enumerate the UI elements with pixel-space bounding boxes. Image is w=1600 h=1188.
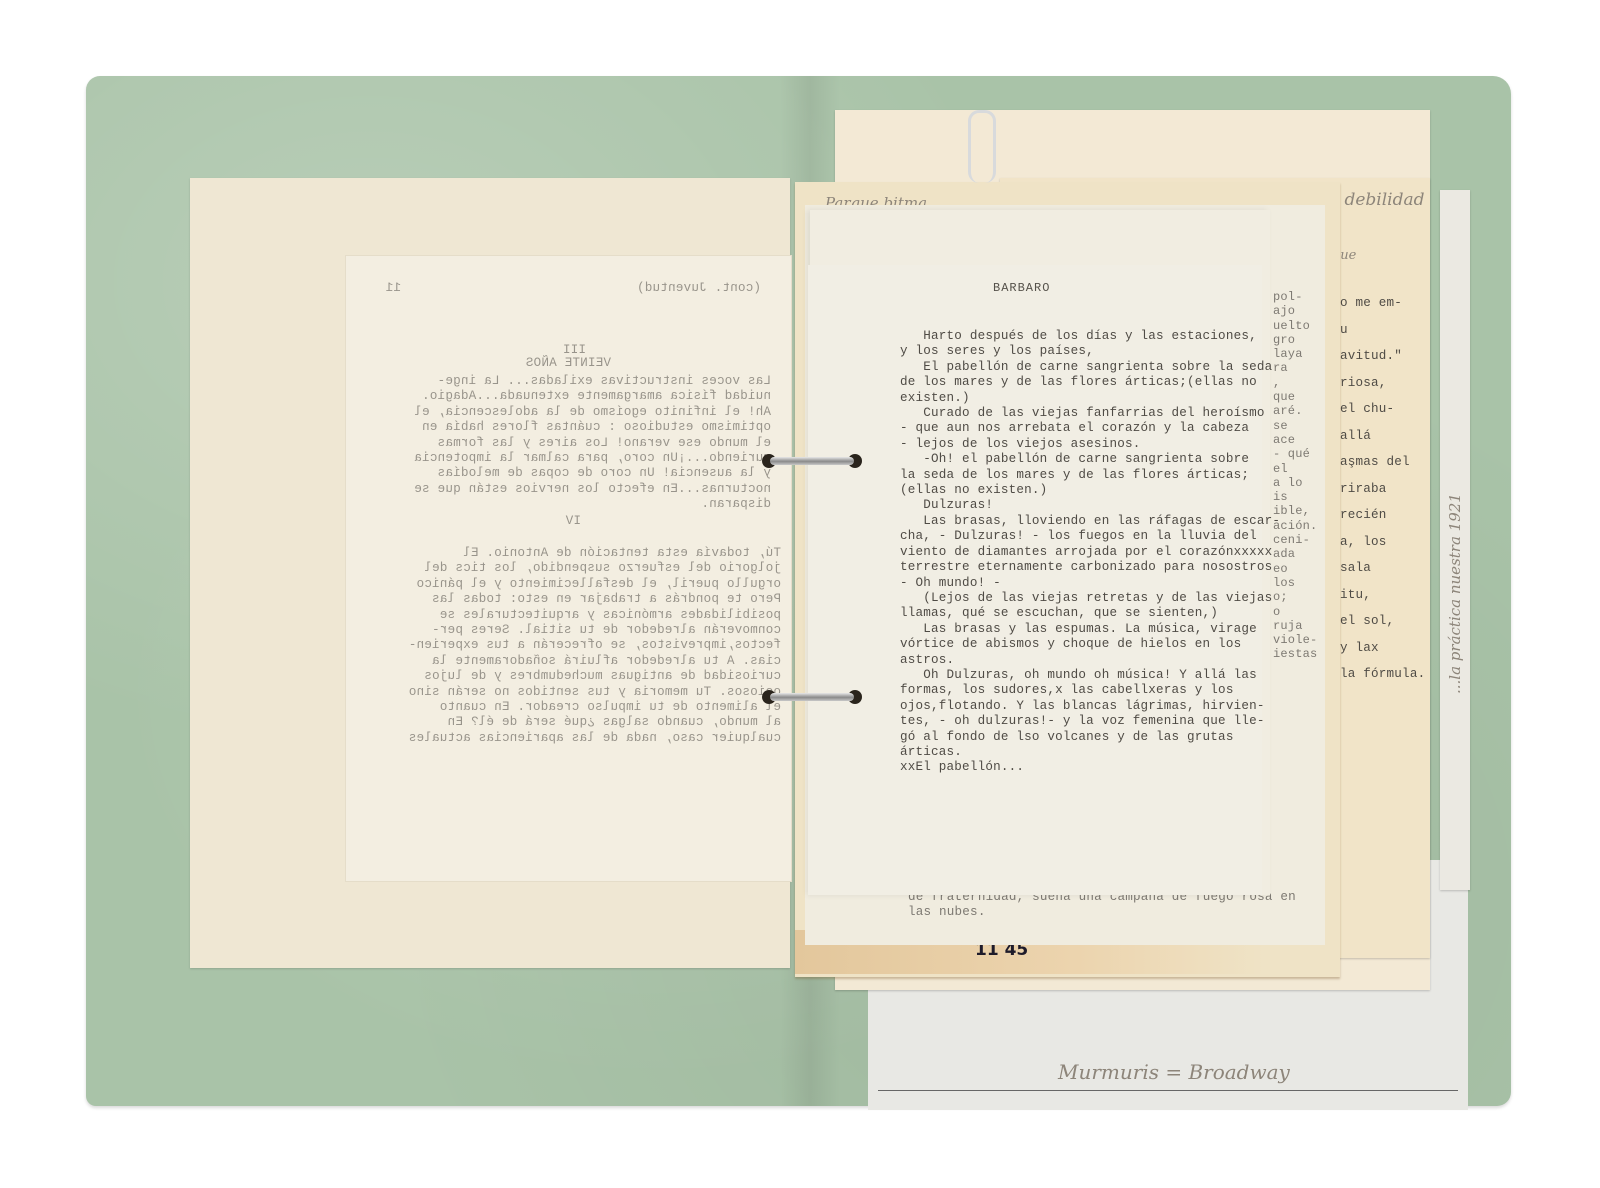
front-typed-page: BARBARO Harto después de los días y las … xyxy=(808,265,1262,895)
poem-text: Harto después de los días y las estacion… xyxy=(900,329,1280,776)
binder-ring-bottom xyxy=(762,690,862,704)
back-page-text: o me em- u avitud." riosa, el chu- allá … xyxy=(1340,290,1425,688)
mirrored-section-1-text: Las voces instructivas exiladas... La in… xyxy=(414,374,771,513)
mirrored-section-2-text: Tú, todavía esta tentación de Antonio. E… xyxy=(409,546,781,746)
mirrored-page-number: 11 xyxy=(385,281,401,296)
ruled-line xyxy=(878,1090,1458,1091)
left-onionskin-page: (cont. Juventud) 11 III VEINTE AÑOS Las … xyxy=(345,255,792,882)
poem-title: BARBARO xyxy=(993,281,1050,295)
handwritten-note-bottom: Murmuris = Broadway xyxy=(1058,1060,1290,1084)
mirrored-header: (cont. Juventud) xyxy=(637,281,761,296)
mirrored-section-title: VEINTE AÑOS xyxy=(526,356,611,371)
vertical-strip-sheet: ...la práctica nuestra 1921 xyxy=(1440,190,1470,890)
mirrored-numeral-iv: IV xyxy=(565,514,581,529)
binder-ring-top xyxy=(762,454,862,468)
handwritten-note-vertical: ...la práctica nuestra 1921 xyxy=(1446,364,1464,694)
paper-clip-icon xyxy=(968,110,996,183)
